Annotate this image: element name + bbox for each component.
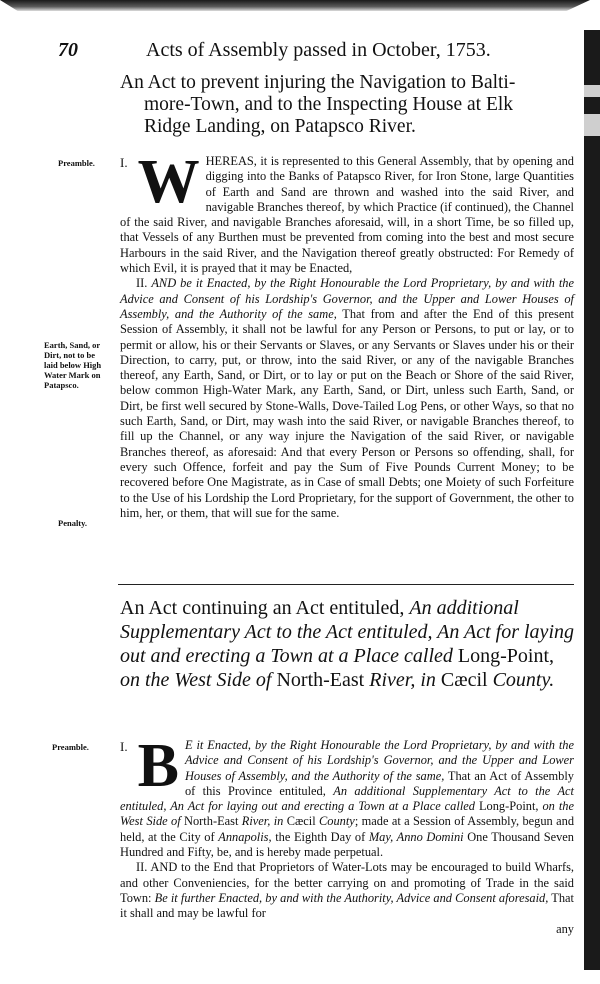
section-text: That from and after the End of this pres… [120, 307, 574, 520]
margin-note-penalty: Penalty. [58, 518, 124, 528]
act2-title-part: Cæcil [436, 669, 493, 691]
act-divider-rule [118, 584, 574, 585]
act1-section2: II. AND be it Enacted, by the Right Hono… [120, 276, 574, 521]
scan-notch [584, 114, 600, 136]
act2-title-part: Long-Point, [453, 645, 554, 667]
catchword: any [120, 922, 574, 937]
section-italic: Annapolis [218, 830, 268, 844]
section-text: Long-Point, [475, 799, 543, 813]
drop-cap: W [138, 156, 200, 208]
scan-edge-right [584, 30, 600, 970]
section-number: I. [120, 739, 128, 754]
section-number: II. [136, 860, 147, 874]
scan-edge-top [0, 0, 590, 11]
act2-title-italic: County. [493, 669, 555, 691]
drop-cap: B [138, 740, 179, 792]
act1-title-line1: An Act to prevent injuring the Navigatio… [120, 72, 574, 94]
margin-note-earth-sand: Earth, Sand, or Dirt, not to be laid bel… [44, 340, 110, 390]
act2-title-italic: on the West Side of [120, 669, 271, 691]
act2-title-italic: River, in [369, 669, 436, 691]
section-text: North-East [181, 814, 242, 828]
margin-note-preamble: Preamble. [58, 158, 124, 168]
act2-body: I. B E it Enacted, by the Right Honourab… [120, 738, 574, 937]
act2-title-part: North-East [271, 669, 369, 691]
margin-note-preamble-2: Preamble. [52, 742, 118, 752]
act2-section1: I. B E it Enacted, by the Right Honourab… [120, 738, 574, 860]
section-number: I. [120, 155, 128, 170]
section-italic: River, in [242, 814, 284, 828]
section-text: Cæcil [283, 814, 319, 828]
act2-title: An Act continuing an Act entituled, An a… [120, 596, 574, 692]
act1-section1: I. W HEREAS, it is represented to this G… [120, 154, 574, 276]
page-number: 70 [58, 38, 78, 62]
act2-section2: II. AND to the End that Proprietors of W… [120, 860, 574, 921]
act1-title-line2: more-Town, and to the Inspecting House a… [120, 94, 574, 116]
section-number: II. [136, 276, 147, 290]
act2-title-part: An Act continuing an Act entituled, [120, 597, 409, 619]
section-italic: Be it further Enacted, by and with the A… [155, 891, 549, 905]
scan-notch [584, 85, 600, 97]
running-head-title: Acts of Assembly passed in October, 1753… [146, 38, 491, 62]
section-italic: County [319, 814, 355, 828]
act1-title-line3: Ridge Landing, on Patapsco River. [120, 116, 574, 138]
section-text: , the Eighth Day of [269, 830, 369, 844]
section-italic: May, Anno Domini [369, 830, 464, 844]
act1-body: I. W HEREAS, it is represented to this G… [120, 154, 574, 521]
act1-title: An Act to prevent injuring the Navigatio… [120, 72, 574, 138]
